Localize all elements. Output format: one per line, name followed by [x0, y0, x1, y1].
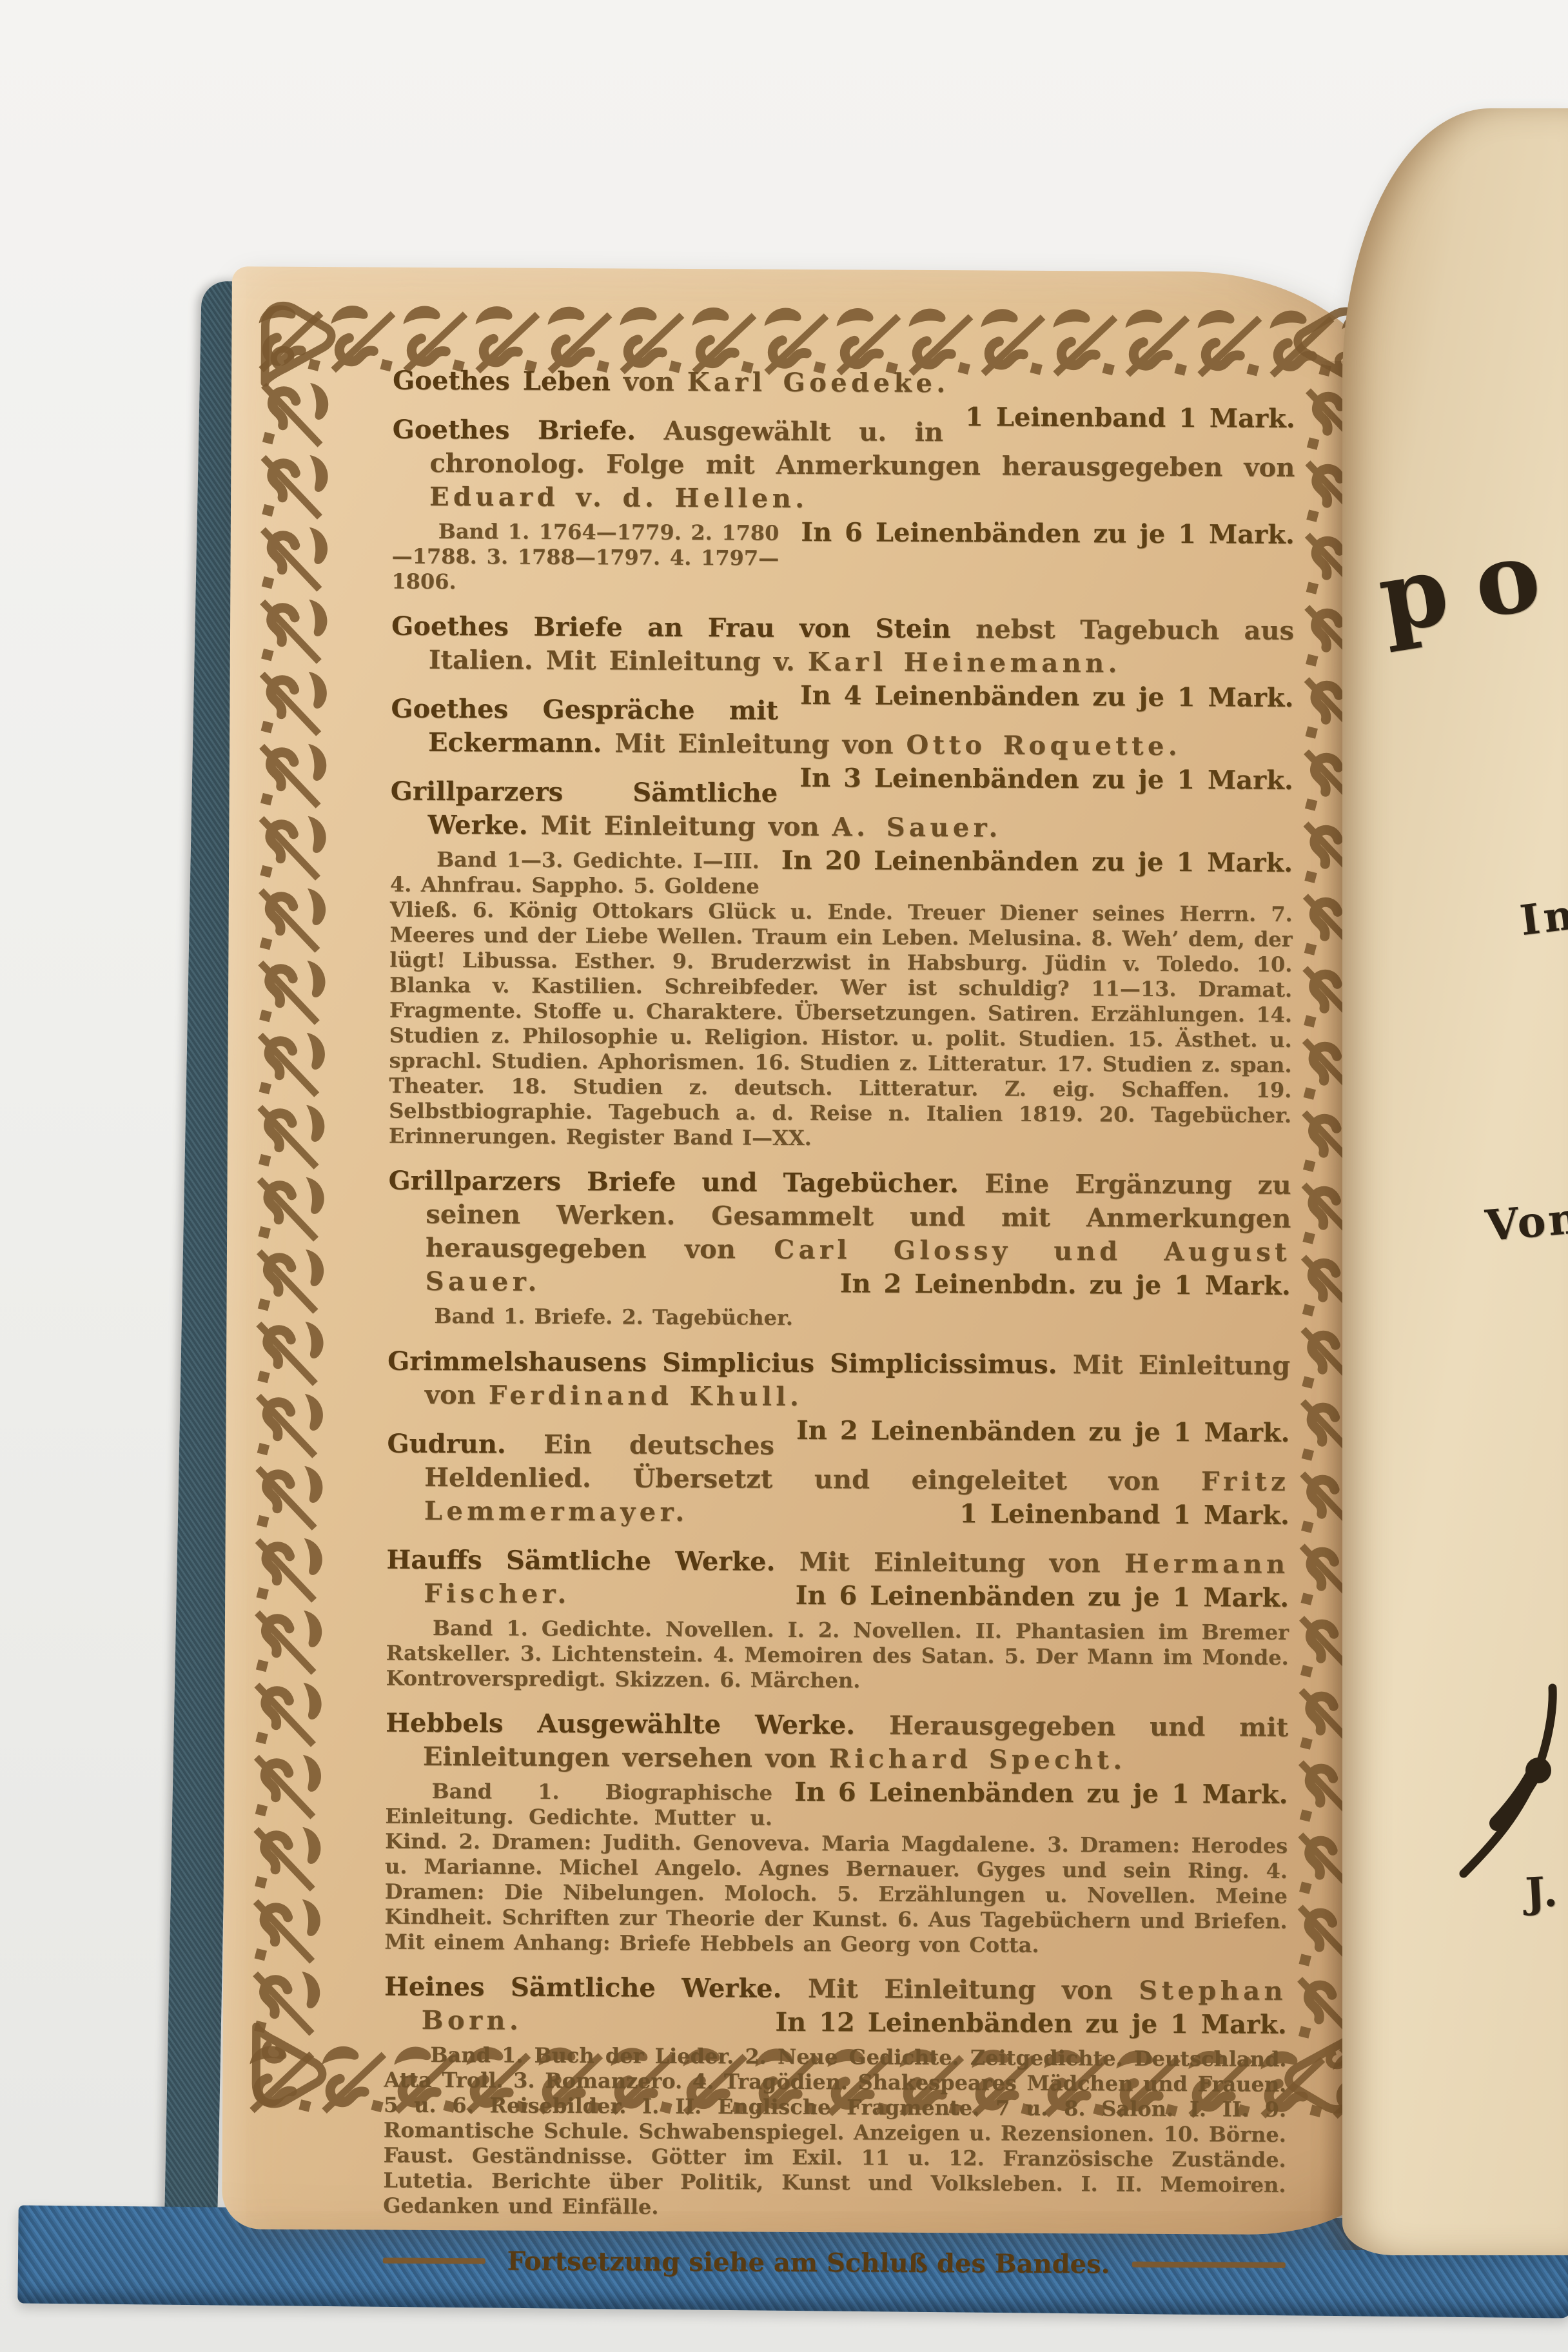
- entry-text: Goethes Briefe an Frau von Stein nebst T…: [391, 610, 1295, 681]
- title-fragment: poe: [1371, 500, 1568, 655]
- entry-price: In 2 Leinenbdn. zu je 1 Mark.: [840, 1268, 1291, 1304]
- entry-description: Mit Einleitung von: [528, 810, 832, 842]
- entry-volume-list: Band 1. Gedichte. Novellen. I. 2. Novell…: [386, 1615, 1289, 1695]
- catalog-entry: Grillparzers Briefe und Tagebücher. Eine…: [387, 1164, 1291, 1333]
- entry-price: In 6 Leinenbänden zu je 1 Mark.: [801, 516, 1295, 552]
- entry-title: Grimmelshausens Simplicius Simplicissimu…: [387, 1346, 1057, 1379]
- entry-editor-name: Ferdinand Khull.: [489, 1380, 803, 1412]
- entry-title: Grillparzers Briefe und Tagebücher.: [388, 1166, 959, 1199]
- continuation-note: Fortsetzung siehe am Schluß des Bandes.: [383, 2246, 1286, 2280]
- entry-title: Hauffs Sämtliche Werke.: [386, 1544, 775, 1576]
- entry-title: Heines Sämtliche Werke.: [384, 1971, 782, 2003]
- ornament-corner-knot: [246, 289, 343, 387]
- entry-editor-name: Karl Heinemann.: [808, 647, 1121, 679]
- entry-price: In 2 Leinenbänden zu je 1 Mark.: [796, 1413, 1290, 1449]
- entry-description: von: [611, 366, 687, 397]
- ornament-corner-knot: [237, 2023, 334, 2120]
- entry-price: 1 Leinenband 1 Mark.: [959, 1497, 1289, 1533]
- signature-flourish: [1456, 1611, 1565, 1894]
- entry-title: Goethes Briefe.: [393, 415, 636, 446]
- entry-text: Hauffs Sämtliche Werke. Mit Einleitung v…: [386, 1543, 1289, 1614]
- entry-description: Mit Einleitung von: [602, 728, 906, 759]
- catalog-entries: Goethes Leben von Karl Goedeke.1 Leinenb…: [383, 364, 1295, 2223]
- catalog-entry: Hauffs Sämtliche Werke. Mit Einleitung v…: [386, 1543, 1289, 1695]
- entry-text: Heines Sämtliche Werke. Mit Einleitung v…: [384, 1970, 1288, 2041]
- entry-price: In 6 Leinenbänden zu je 1 Mark.: [794, 1775, 1288, 1811]
- catalog-entry: Hebbels Ausgewählte Werke. Herausgegeben…: [384, 1706, 1288, 1959]
- entry-editor-name: A. Sauer.: [832, 812, 1001, 843]
- line-fragment-1: In: [1518, 890, 1568, 945]
- entry-editor-name: Karl Goedeke.: [687, 367, 950, 398]
- entry-title: Gudrun.: [387, 1428, 506, 1459]
- entry-description: Mit Einleitung von: [781, 1974, 1139, 2006]
- rule-left: [383, 2258, 485, 2264]
- entry-title: Goethes Briefe an Frau von Stein: [391, 611, 951, 645]
- catalog-content: Goethes Leben von Karl Goedeke.1 Leinenb…: [383, 364, 1296, 2280]
- continuation-text: Fortsetzung siehe am Schluß des Bandes.: [507, 2246, 1110, 2280]
- catalog-entry: Heines Sämtliche Werke. Mit Einleitung v…: [383, 1970, 1287, 2223]
- title-page-edge: poeInVonJ.: [1342, 108, 1568, 2255]
- catalog-entry: Grimmelshausens Simplicius Simplicissimu…: [387, 1344, 1291, 1416]
- entry-volume-list: Band 1. Briefe. 2. Tagebücher.: [387, 1304, 1290, 1333]
- entry-price: 1 Leinenband 1 Mark.: [965, 400, 1295, 436]
- entry-text: Goethes Leben von Karl Goedeke.1 Leinenb…: [393, 364, 1295, 402]
- entry-description: Mit Einleitung von: [775, 1546, 1124, 1578]
- ornament-border: [232, 266, 1394, 272]
- ornament-border-left: [246, 378, 338, 2036]
- entry-text: Hebbels Ausgewählte Werke. Herausgegeben…: [386, 1706, 1289, 1778]
- entry-price: In 4 Leinenbänden zu je 1 Mark.: [800, 679, 1294, 715]
- entry-editor-name: Richard Specht.: [829, 1743, 1126, 1775]
- entry-price: In 6 Leinenbänden zu je 1 Mark.: [796, 1578, 1289, 1614]
- catalog-entry: Goethes Briefe an Frau von Stein nebst T…: [391, 610, 1295, 681]
- entry-text: Grillparzers Briefe und Tagebücher. Eine…: [388, 1164, 1291, 1303]
- entry-title: Goethes Leben: [393, 366, 611, 397]
- book-photo: Goethes Leben von Karl Goedeke.1 Leinenb…: [0, 0, 1568, 2352]
- catalog-entry: Goethes Leben von Karl Goedeke.1 Leinenb…: [393, 364, 1295, 402]
- entry-editor-name: Otto Roquette.: [906, 730, 1181, 761]
- entry-price: In 12 Leinenbänden zu je 1 Mark.: [775, 2006, 1287, 2042]
- line-fragment-2: Von: [1484, 1193, 1568, 1251]
- rule-right: [1132, 2262, 1286, 2268]
- entry-price: In 3 Leinenbänden zu je 1 Mark.: [799, 761, 1293, 798]
- entry-volume-list: Band 1—3. Gedichte. I—III. 4. Ahnfrau. S…: [389, 847, 1293, 1154]
- catalog-page: Goethes Leben von Karl Goedeke.1 Leinenb…: [222, 266, 1394, 2235]
- catalog-entry: Grillparzers Sämtliche Werke. Mit Einlei…: [389, 775, 1293, 1154]
- entry-editor-name: Eduard v. d. Hellen.: [429, 482, 808, 514]
- entry-text: Grimmelshausens Simplicius Simplicissimu…: [387, 1344, 1291, 1416]
- entry-volume-list: Band 1. Buch der Lieder. 2. Neue Gedicht…: [383, 2042, 1286, 2223]
- entry-price: In 20 Leinenbänden zu je 1 Mark.: [781, 844, 1293, 880]
- entry-title: Hebbels Ausgewählte Werke.: [386, 1707, 855, 1740]
- catalog-entry: Goethes Briefe. Ausgewählt u. in chronol…: [391, 413, 1295, 599]
